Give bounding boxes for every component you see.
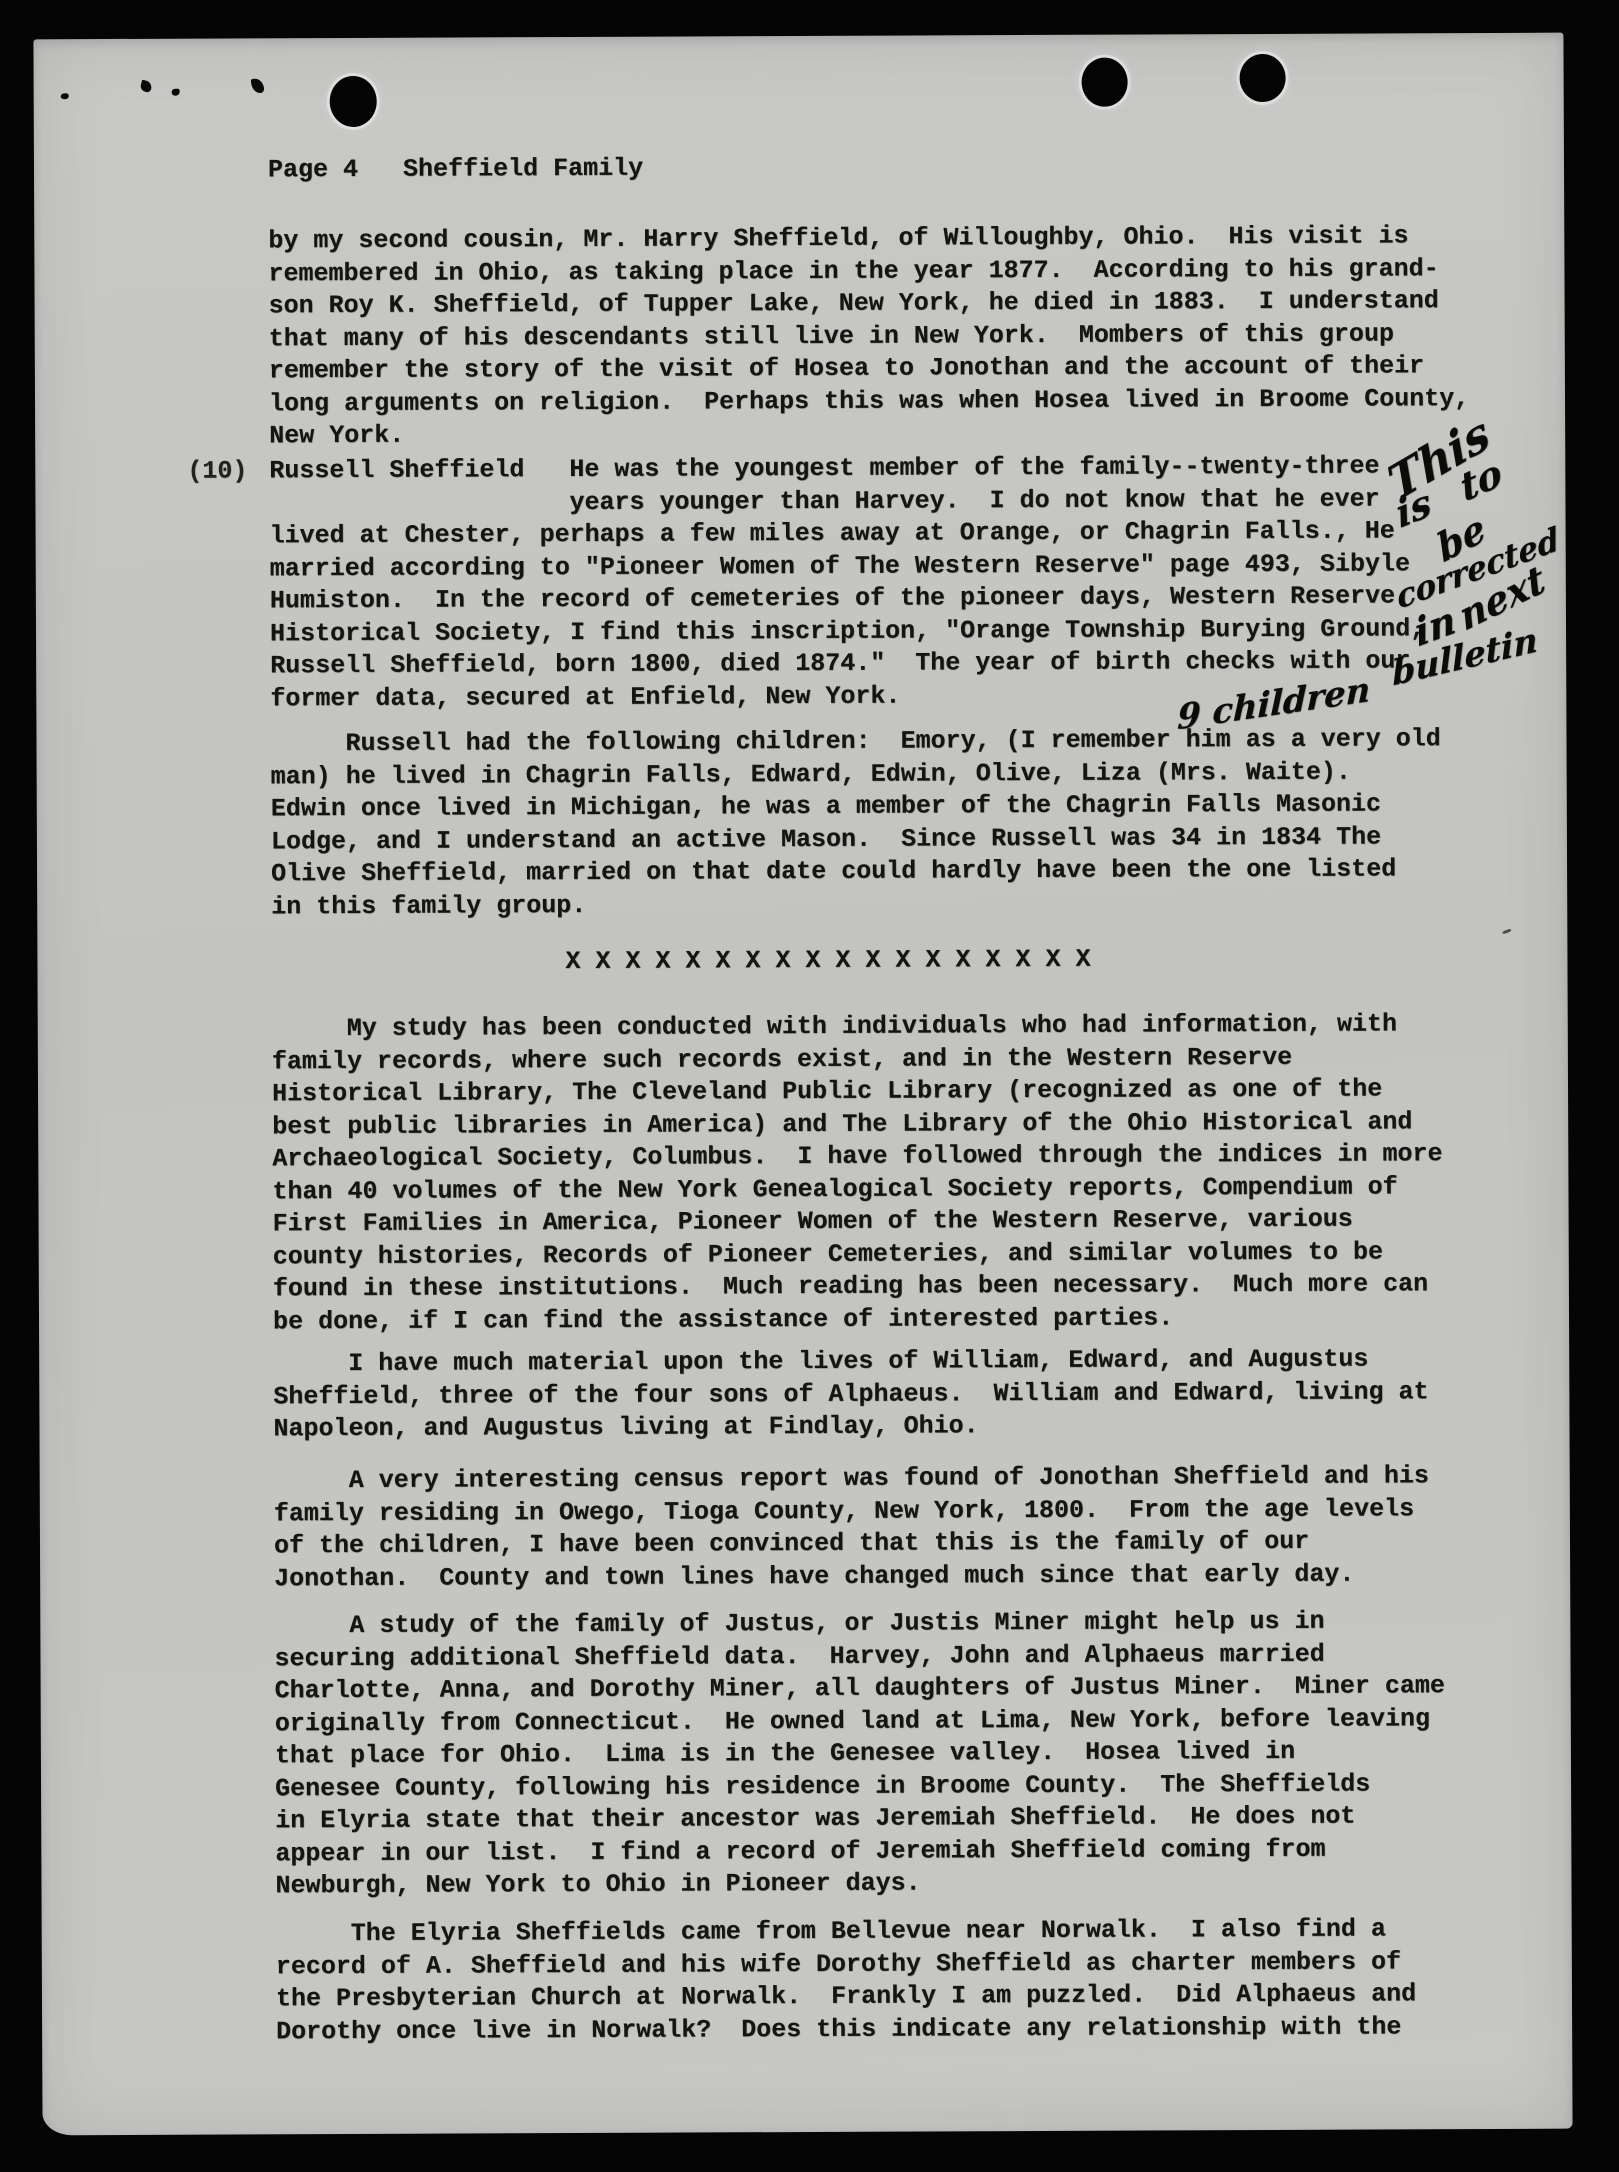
scanner-background: Page 4 Sheffield Family (10) by my secon…: [0, 0, 1619, 2172]
punch-hole: [1082, 58, 1128, 107]
ink-speck: [1502, 928, 1511, 934]
punch-hole: [1240, 54, 1286, 102]
para-item-10-russell-sheffield: Russell Sheffield He was the youngest me…: [269, 450, 1425, 715]
typewritten-body: by my second cousin, Mr. Harry Sheffield…: [33, 33, 1563, 40]
ink-speck: [172, 89, 180, 96]
ink-speck: [139, 80, 152, 93]
para-continued: by my second cousin, Mr. Harry Sheffield…: [268, 220, 1469, 453]
document-page: Page 4 Sheffield Family (10) by my secon…: [33, 33, 1572, 2136]
handwritten-annotations: Thistoisbecorrectednextinbulletin9 child…: [33, 33, 1563, 40]
para-elyria-sheffields: The Elyria Sheffields came from Bellevue…: [276, 1913, 1417, 2048]
para-russell-children: Russell had the following children: Emor…: [270, 723, 1441, 923]
item-number-10: (10): [187, 455, 247, 488]
ink-speck: [251, 78, 265, 95]
para-material: I have much material upon the lives of W…: [273, 1343, 1429, 1446]
para-my-study: My study has been conducted with individ…: [272, 1008, 1444, 1338]
para-justus-miner: A study of the family of Justus, or Just…: [274, 1605, 1445, 1903]
ink-speck: [61, 93, 69, 99]
para-census-report: A very interesting census report was fou…: [274, 1460, 1430, 1595]
separator-x-line: X X X X X X X X X X X X X X X X X X: [565, 944, 1090, 979]
punch-hole: [330, 76, 377, 127]
page-header: Page 4 Sheffield Family: [268, 153, 643, 187]
